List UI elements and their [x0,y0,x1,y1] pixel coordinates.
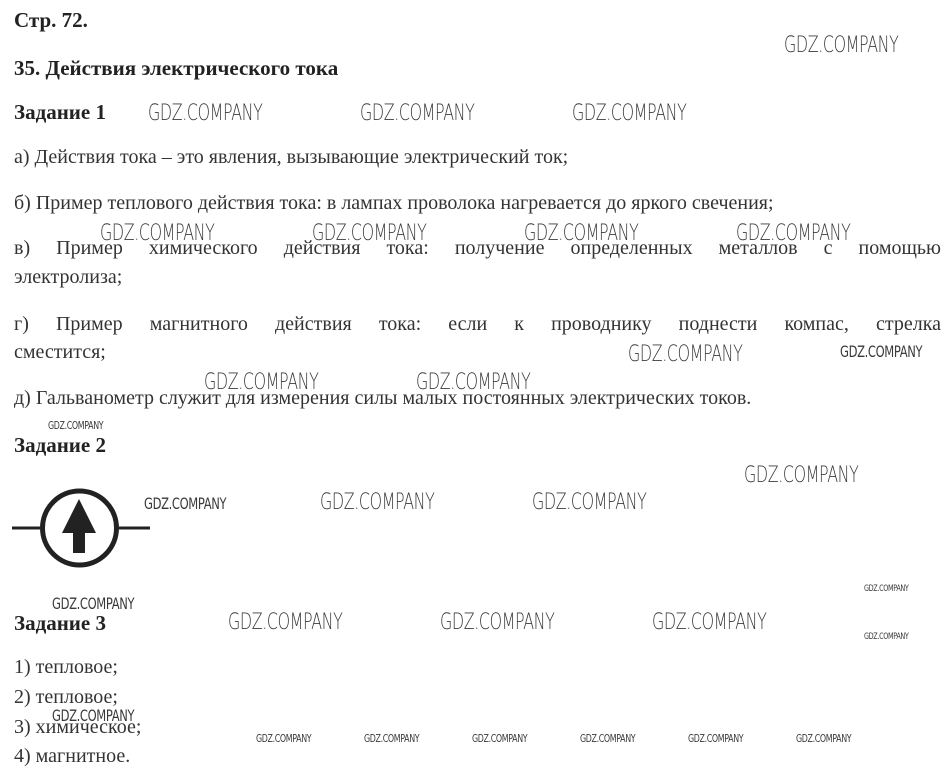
watermark: GDZ.COMPANY [52,594,134,613]
watermark: GDZ.COMPANY [416,370,531,395]
task1-item-c-line2: электролиза; [14,266,122,289]
watermark: GDZ.COMPANY [100,221,215,246]
watermark: GDZ.COMPANY [52,706,134,725]
watermark: GDZ.COMPANY [360,101,475,126]
watermark: GDZ.COMPANY [864,632,909,642]
task1-item-d-line2: сместится; [14,341,106,364]
task1-heading: Задание 1 [14,100,106,125]
watermark: GDZ.COMPANY [628,342,743,367]
watermark: GDZ.COMPANY [440,610,555,635]
watermark: GDZ.COMPANY [796,732,851,745]
task2-heading: Задание 2 [14,433,106,458]
watermark: GDZ.COMPANY [256,732,311,745]
watermark: GDZ.COMPANY [312,221,427,246]
watermark: GDZ.COMPANY [148,101,263,126]
watermark: GDZ.COMPANY [48,419,103,432]
watermark: GDZ.COMPANY [472,732,527,745]
section-title: 35. Действия электрического тока [14,56,338,81]
watermark: GDZ.COMPANY [744,463,859,488]
watermark: GDZ.COMPANY [364,732,419,745]
watermark: GDZ.COMPANY [320,490,435,515]
watermark: GDZ.COMPANY [840,342,922,361]
task3-answer-1: 1) тепловое; [14,656,118,679]
task1-item-d-line1: г) Пример магнитного действия тока: если… [14,313,941,336]
watermark: GDZ.COMPANY [580,732,635,745]
task3-answer-4: 4) магнитное. [14,745,130,768]
watermark: GDZ.COMPANY [532,490,647,515]
watermark: GDZ.COMPANY [228,610,343,635]
watermark: GDZ.COMPANY [524,221,639,246]
watermark: GDZ.COMPANY [572,101,687,126]
watermark: GDZ.COMPANY [204,370,319,395]
galvanometer-symbol-icon [10,485,155,570]
watermark: GDZ.COMPANY [864,584,909,594]
watermark: GDZ.COMPANY [736,221,851,246]
watermark: GDZ.COMPANY [784,33,899,58]
watermark: GDZ.COMPANY [688,732,743,745]
task3-heading: Задание 3 [14,611,106,636]
watermark: GDZ.COMPANY [144,494,226,513]
task1-item-e: д) Гальванометр служит для измерения сил… [14,387,751,410]
watermark: GDZ.COMPANY [652,610,767,635]
page-reference: Стр. 72. [14,8,88,33]
task1-item-b: б) Пример теплового действия тока: в лам… [14,192,774,215]
task1-item-a: а) Действия тока – это явления, вызывающ… [14,146,568,169]
